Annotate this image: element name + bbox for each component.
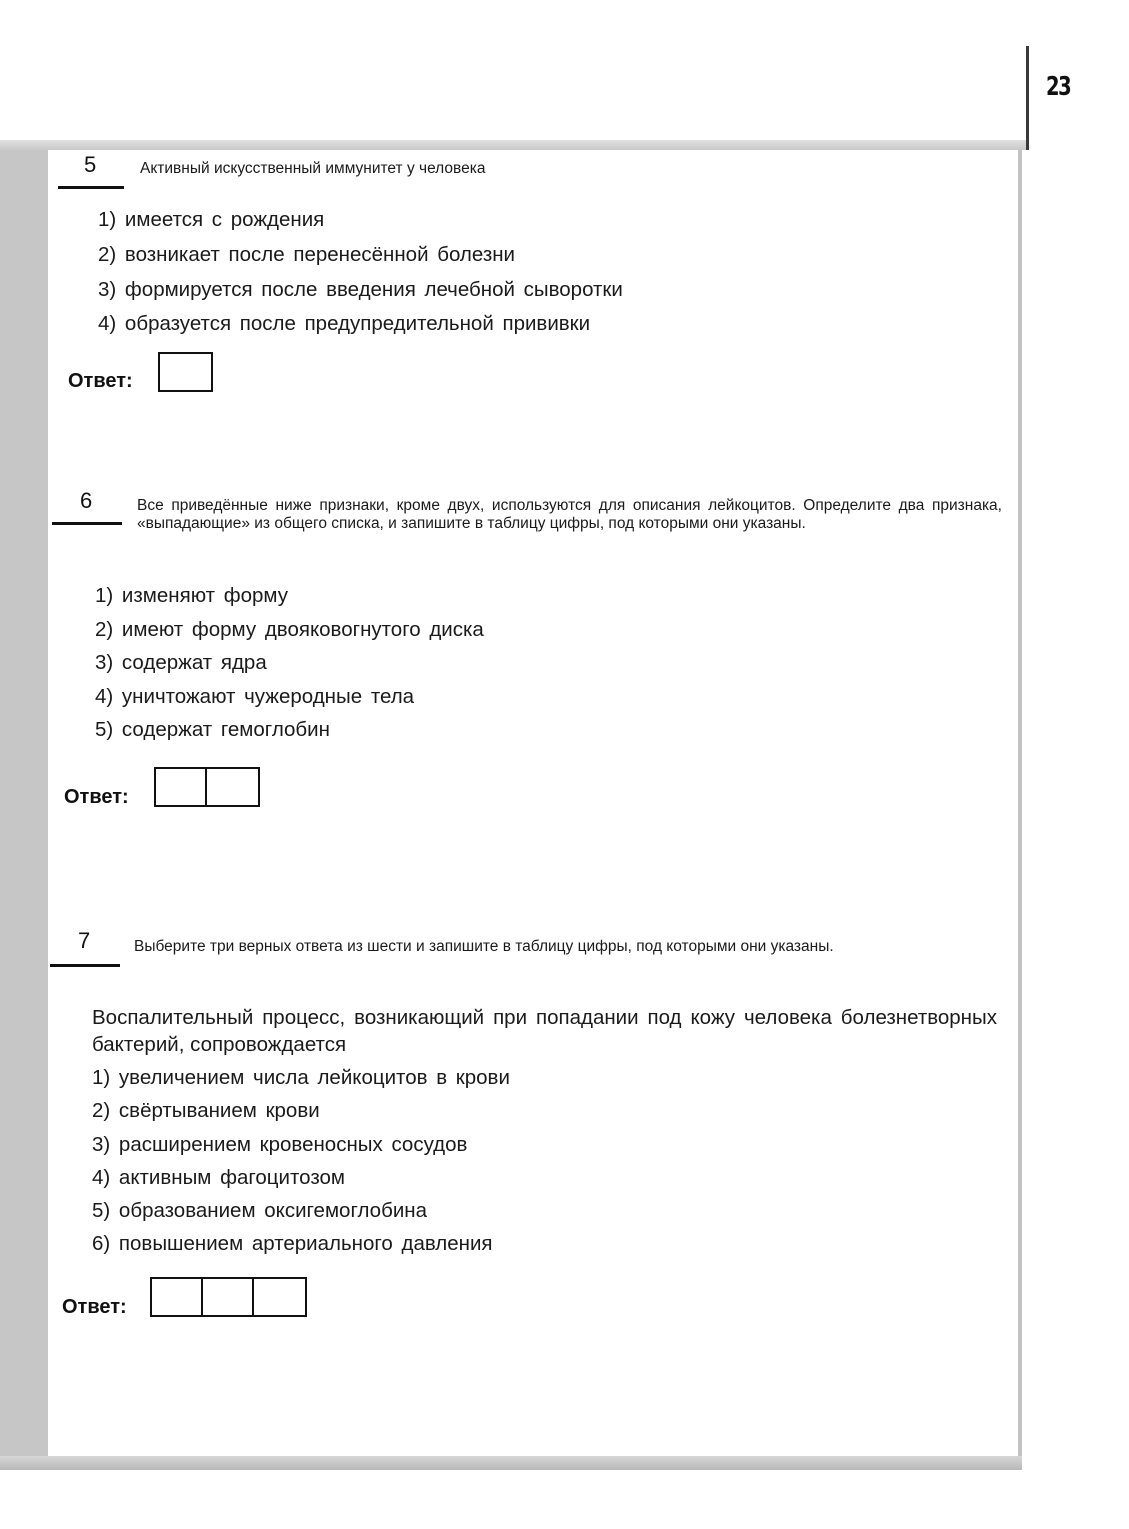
- option-1: 1) имеется с рождения: [98, 208, 324, 232]
- question-underline: [52, 522, 122, 525]
- header-divider: [1026, 46, 1029, 150]
- option-3: 3) содержат ядра: [95, 651, 267, 675]
- page-number: 23: [1046, 72, 1070, 102]
- frame-top-band: [0, 140, 1026, 150]
- option-4: 4) активным фагоцитозом: [92, 1166, 345, 1190]
- option-2: 2) свёртыванием крови: [92, 1099, 320, 1123]
- option-3: 3) формируется после введения лечебной с…: [98, 278, 623, 302]
- answer-box: [150, 1277, 307, 1317]
- question-prompt: Все приведённые ниже признаки, кроме дву…: [137, 497, 1002, 533]
- option-6: 6) повышением артериального давления: [92, 1232, 493, 1256]
- answer-label: Ответ:: [62, 1296, 127, 1319]
- answer-cell[interactable]: [203, 1279, 254, 1315]
- question-prompt: Активный искусственный иммунитет у челов…: [140, 160, 485, 178]
- option-5: 5) содержат гемоглобин: [95, 718, 330, 742]
- option-1: 1) изменяют форму: [95, 584, 288, 608]
- answer-label: Ответ:: [64, 786, 129, 809]
- answer-cell[interactable]: [160, 354, 211, 390]
- option-3: 3) расширением кровеносных сосудов: [92, 1133, 467, 1157]
- option-5: 5) образованием оксигемоглобина: [92, 1199, 427, 1223]
- question-number: 7: [78, 928, 90, 954]
- option-2: 2) имеют форму двояковогнутого диска: [95, 618, 484, 642]
- question-underline: [50, 964, 120, 967]
- question-number: 6: [80, 488, 92, 514]
- option-4: 4) образуется после предупредительной пр…: [98, 312, 590, 336]
- frame-left-band: [0, 140, 48, 1470]
- option-1: 1) увеличением числа лейкоцитов в крови: [92, 1066, 510, 1090]
- answer-cell[interactable]: [207, 769, 258, 805]
- option-4: 4) уничтожают чужеродные тела: [95, 685, 414, 709]
- question-number: 5: [84, 152, 96, 178]
- frame-right-border: [1018, 150, 1022, 1468]
- answer-box: [158, 352, 213, 392]
- frame-bottom-band: [0, 1456, 1022, 1470]
- answer-label: Ответ:: [68, 370, 133, 393]
- question-stem: Воспалительный процесс, возникающий при …: [92, 1004, 997, 1058]
- answer-box: [154, 767, 260, 807]
- answer-cell[interactable]: [254, 1279, 305, 1315]
- option-2: 2) возникает после перенесённой болезни: [98, 243, 515, 267]
- question-prompt: Выберите три верных ответа из шести и за…: [134, 938, 1000, 956]
- answer-cell[interactable]: [156, 769, 207, 805]
- question-underline: [58, 186, 124, 189]
- answer-cell[interactable]: [152, 1279, 203, 1315]
